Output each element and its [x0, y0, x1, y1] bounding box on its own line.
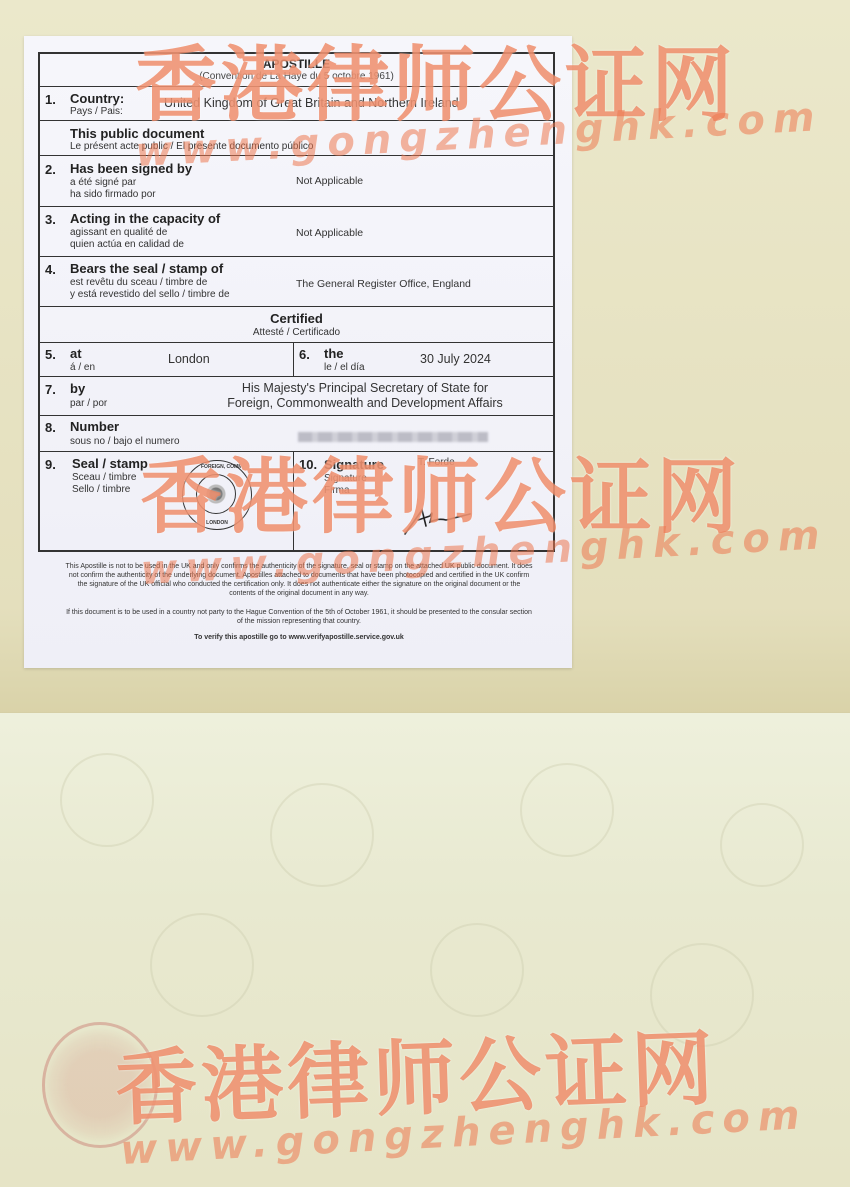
- field-sublabel: Sceau / timbre: [72, 472, 136, 484]
- field-label: the: [324, 346, 344, 361]
- field-sublabel: quien actúa en calidad de: [70, 239, 184, 251]
- authority-line-1: His Majesty's Principal Secretary of Sta…: [200, 381, 530, 396]
- field-number: 4.: [45, 262, 56, 277]
- field-number: 1.: [45, 92, 56, 107]
- field-sublabel: á / en: [70, 362, 95, 374]
- field-capacity: 3. Acting in the capacity of agissant en…: [40, 207, 553, 257]
- field-number: 6.: [299, 347, 310, 362]
- field-sublabel: par / por: [70, 398, 107, 410]
- field-sublabel: le / el día: [324, 362, 365, 374]
- guilloche-pattern: [270, 783, 374, 887]
- date-value: 30 July 2024: [420, 352, 491, 366]
- guilloche-pattern: [430, 923, 524, 1017]
- field-label: Seal / stamp: [72, 456, 148, 471]
- field-seal-of: 4. Bears the seal / stamp of est revêtu …: [40, 257, 553, 307]
- capacity-value: Not Applicable: [296, 227, 363, 239]
- hague-convention-note: If this document is to be used in a coun…: [64, 608, 534, 626]
- field-number: 3.: [45, 212, 56, 227]
- field-by: 7. by par / por His Majesty's Principal …: [40, 377, 553, 416]
- seal-of-value: The General Register Office, England: [296, 278, 471, 290]
- field-number: 5.: [45, 347, 56, 362]
- field-sublabel: a été signé par: [70, 177, 136, 189]
- verify-note: To verify this apostille go to www.verif…: [64, 633, 534, 642]
- field-label: Number: [70, 419, 119, 434]
- field-label: Country:: [70, 91, 124, 106]
- authority-line-2: Foreign, Commonwealth and Development Af…: [200, 396, 530, 411]
- column-divider: [293, 343, 294, 376]
- field-sublabel: Pays / Pais:: [70, 106, 123, 118]
- place-value: London: [168, 352, 210, 366]
- field-sublabel: agissant en qualité de: [70, 227, 167, 239]
- field-sublabel: Sello / timbre: [72, 484, 130, 496]
- guilloche-pattern: [520, 763, 614, 857]
- guilloche-pattern: [60, 753, 154, 847]
- signed-by-value: Not Applicable: [296, 175, 363, 187]
- field-number: 7.: [45, 382, 56, 397]
- field-sublabel: est revêtu du sceau / timbre de: [70, 277, 207, 289]
- certified-label: Certified: [40, 311, 553, 326]
- guilloche-pattern: [150, 913, 254, 1017]
- field-label: by: [70, 381, 85, 396]
- field-number: 2.: [45, 162, 56, 177]
- field-label: Bears the seal / stamp of: [70, 261, 223, 276]
- field-label: at: [70, 346, 82, 361]
- place-date-row: 5. at á / en London 6. the le / el día 3…: [40, 343, 553, 377]
- field-number: 9.: [45, 457, 56, 472]
- certified-row: Certified Attesté / Certificado: [40, 307, 553, 343]
- field-sublabel: ha sido firmado por: [70, 189, 156, 201]
- certified-sublabel: Attesté / Certificado: [40, 327, 553, 338]
- authority-value: His Majesty's Principal Secretary of Sta…: [200, 381, 530, 411]
- field-label: Acting in the capacity of: [70, 211, 220, 226]
- field-number: 8.: [45, 420, 56, 435]
- field-sublabel: y está revestido del sello / timbre de: [70, 289, 230, 301]
- guilloche-pattern: [720, 803, 804, 887]
